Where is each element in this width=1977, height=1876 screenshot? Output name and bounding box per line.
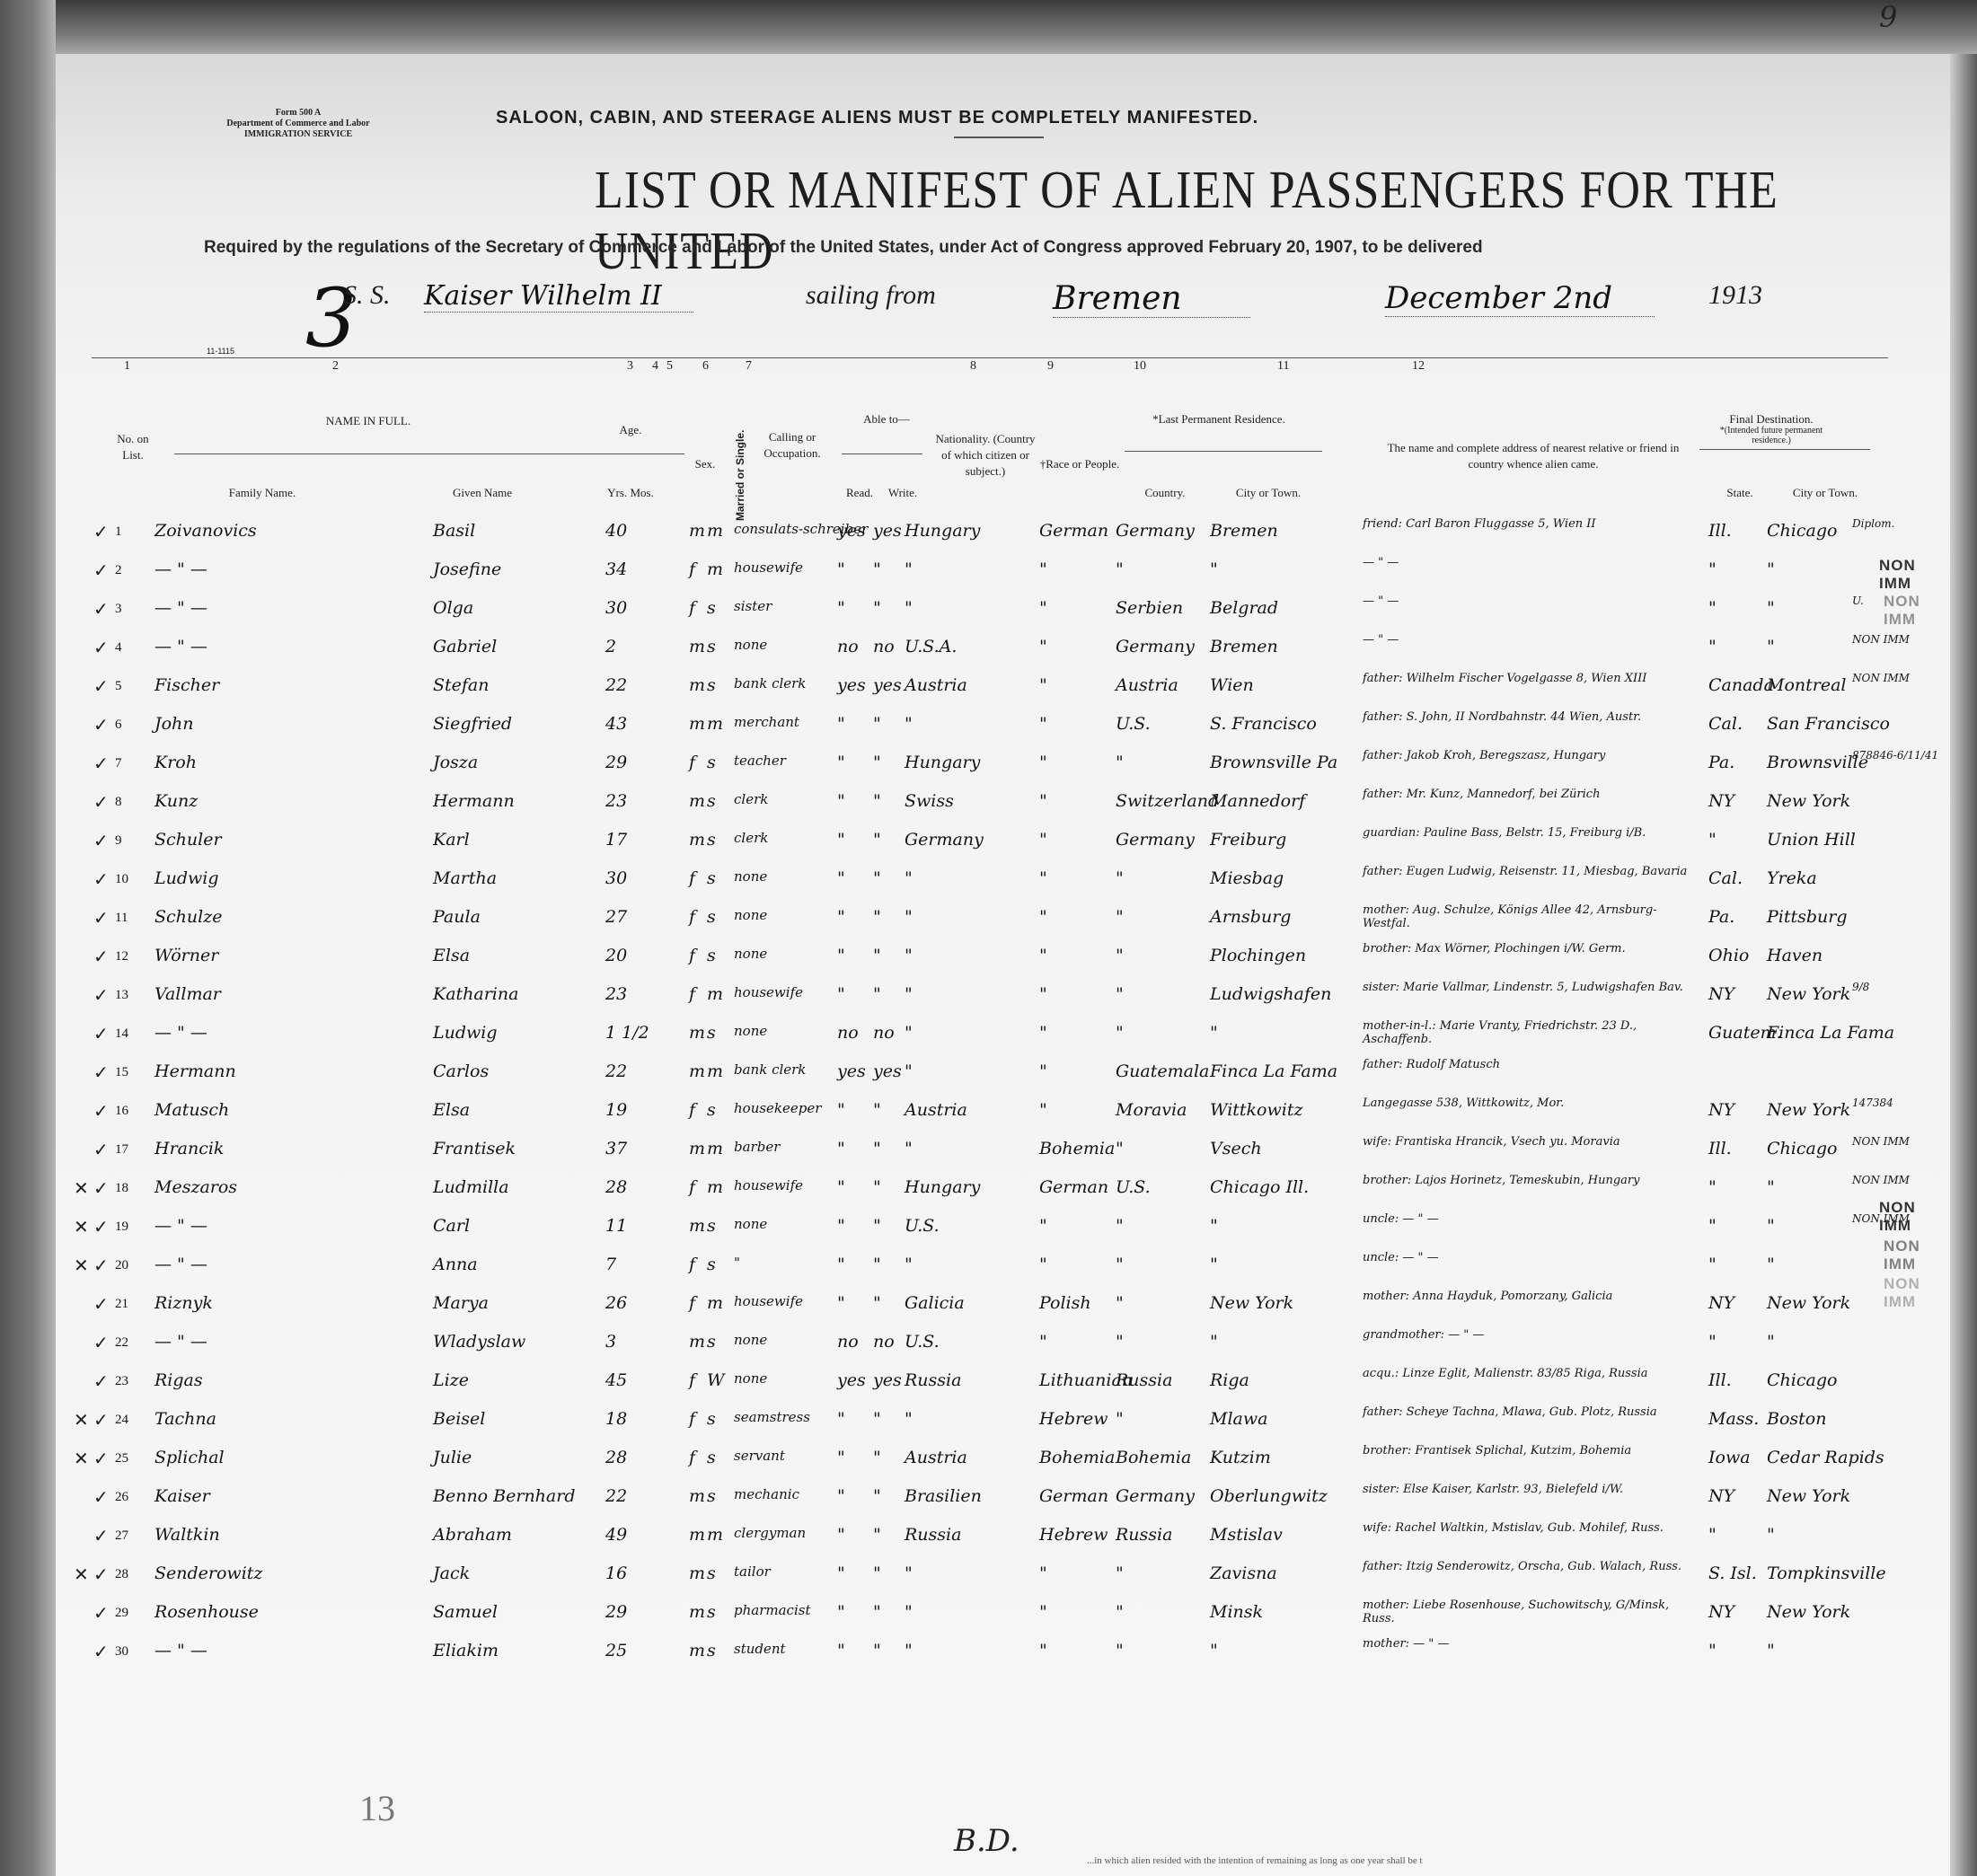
- given-name-cell: Gabriel: [433, 637, 497, 656]
- residence-country-cell: Austria: [1116, 675, 1178, 695]
- nationality-cell: Swiss: [905, 791, 954, 811]
- write-cell: no: [873, 1332, 895, 1352]
- destination-state-cell: ": [1708, 1525, 1717, 1545]
- table-row: ✓23RigasLize45fWnoneyesyesRussiaLithuani…: [56, 1370, 1951, 1409]
- corner-mark: 9: [1879, 0, 1897, 34]
- nationality-cell: Hungary: [905, 1177, 980, 1197]
- marital-status-cell: m: [707, 1293, 723, 1313]
- occupation-cell: clergyman: [734, 1525, 806, 1541]
- row-number: 14: [115, 1026, 128, 1042]
- nationality-cell: Hungary: [905, 521, 980, 541]
- occupation-cell: none: [734, 868, 767, 885]
- given-name-cell: Julie: [433, 1448, 472, 1467]
- family-name-cell: — " —: [154, 1216, 207, 1236]
- row-number: 27: [115, 1528, 128, 1544]
- sex-cell: m: [689, 1641, 705, 1660]
- destination-state-cell: ": [1708, 1332, 1717, 1352]
- destination-state-cell: Pa.: [1708, 753, 1734, 772]
- table-row: ✓5FischerStefan22msbank clerkyesyesAustr…: [56, 675, 1951, 714]
- age-cell: 29: [605, 753, 627, 772]
- cross-mark-icon: ✕: [74, 1216, 89, 1238]
- residence-country-cell: Russia: [1116, 1370, 1172, 1390]
- column-number-5: 5: [666, 359, 673, 374]
- marital-status-cell: s: [707, 598, 716, 618]
- read-cell: ": [837, 1486, 845, 1506]
- destination-city-cell: New York: [1767, 1100, 1850, 1120]
- marital-status-cell: s: [707, 1641, 716, 1660]
- nationality-cell: U.S.A.: [905, 637, 957, 656]
- column-number-8: 8: [970, 359, 976, 374]
- write-cell: ": [873, 946, 881, 965]
- nationality-cell: Austria: [905, 1448, 967, 1467]
- marital-status-cell: s: [707, 1602, 716, 1622]
- header-name-in-full: NAME IN FULL.: [287, 413, 449, 429]
- sex-cell: m: [689, 1061, 705, 1081]
- race-cell: Polish: [1039, 1293, 1091, 1313]
- nationality-cell: ": [905, 868, 913, 888]
- ship-name: Kaiser Wilhelm II: [424, 280, 693, 313]
- sex-cell: m: [689, 1216, 705, 1236]
- departure-date: December 2nd: [1385, 280, 1655, 317]
- residence-country-cell: Serbien: [1116, 598, 1183, 618]
- destination-state-cell: Mass.: [1708, 1409, 1759, 1429]
- relative-cell: uncle: — " —: [1363, 1251, 1695, 1264]
- checkmark-icon: ✓: [93, 753, 109, 775]
- header-last-residence: *Last Permanent Residence.: [1120, 411, 1318, 427]
- checkmark-icon: ✓: [93, 1563, 109, 1586]
- relative-cell: mother-in-l.: Marie Vranty, Friedrichstr…: [1363, 1019, 1695, 1046]
- row-number: 4: [115, 640, 122, 656]
- residence-city-cell: Vsech: [1210, 1139, 1262, 1158]
- residence-country-cell: ": [1116, 868, 1124, 888]
- relative-cell: friend: Carl Baron Fluggasse 5, Wien II: [1363, 517, 1695, 531]
- nationality-cell: ": [905, 1409, 913, 1429]
- sex-cell: m: [689, 1023, 705, 1043]
- checkmark-icon: ✓: [93, 1370, 109, 1393]
- race-cell: ": [1039, 598, 1047, 618]
- row-number: 19: [115, 1220, 128, 1235]
- checkmark-icon: ✓: [93, 1100, 109, 1123]
- occupation-cell: sister: [734, 598, 772, 614]
- row-number: 24: [115, 1413, 128, 1428]
- read-cell: ": [837, 907, 845, 927]
- write-cell: ": [873, 559, 881, 579]
- destination-state-cell: NY: [1708, 1486, 1734, 1506]
- age-cell: 16: [605, 1563, 627, 1583]
- relative-cell: mother: — " —: [1363, 1637, 1695, 1651]
- checkmark-icon: ✓: [93, 1216, 109, 1238]
- race-cell: ": [1039, 1563, 1047, 1583]
- marital-status-cell: s: [707, 675, 716, 695]
- given-name-cell: Basil: [433, 521, 475, 541]
- residence-country-cell: Guatemala: [1116, 1061, 1209, 1081]
- destination-city-cell: ": [1767, 1255, 1775, 1274]
- family-name-cell: Matusch: [154, 1100, 229, 1120]
- header-given-name: Given Name: [424, 485, 541, 501]
- marital-status-cell: m: [707, 521, 723, 541]
- residence-country-cell: Russia: [1116, 1525, 1172, 1545]
- header-city-or-town: City or Town.: [1223, 485, 1313, 501]
- residence-country-cell: Germany: [1116, 637, 1195, 656]
- given-name-cell: Stefan: [433, 675, 490, 695]
- read-cell: ": [837, 1177, 845, 1197]
- checkmark-icon: ✓: [93, 1602, 109, 1625]
- age-cell: 37: [605, 1139, 627, 1158]
- checkmark-icon: ✓: [93, 714, 109, 736]
- family-name-cell: — " —: [154, 559, 207, 579]
- relative-cell: father: Jakob Kroh, Beregszasz, Hungary: [1363, 749, 1695, 762]
- non-immigrant-stamp: NON IMM: [1884, 593, 1951, 629]
- nationality-cell: ": [905, 559, 913, 579]
- column-number-6: 6: [702, 359, 709, 374]
- age-cell: 28: [605, 1177, 627, 1197]
- form-number: Form 500 A: [199, 108, 397, 119]
- relative-cell: wife: Frantiska Hrancik, Vsech yu. Morav…: [1363, 1135, 1695, 1149]
- destination-city-cell: Haven: [1767, 946, 1823, 965]
- row-number: 10: [115, 872, 128, 887]
- row-number: 7: [115, 756, 122, 771]
- residence-country-cell: ": [1116, 946, 1124, 965]
- nationality-cell: ": [905, 1641, 913, 1660]
- margin-note-cell: NON IMM: [1852, 1174, 1910, 1187]
- cross-mark-icon: ✕: [74, 1563, 89, 1586]
- read-cell: ": [837, 1409, 845, 1429]
- age-cell: 11: [605, 1216, 627, 1236]
- non-immigrant-stamp: NON IMM: [1879, 557, 1951, 593]
- race-cell: Hebrew: [1039, 1409, 1108, 1429]
- write-cell: ": [873, 1255, 881, 1274]
- header-top-rule: [92, 357, 1888, 358]
- checkmark-icon: ✓: [93, 984, 109, 1007]
- occupation-cell: housewife: [734, 984, 803, 1000]
- family-name-cell: Schulze: [154, 907, 222, 927]
- checkmark-icon: ✓: [93, 830, 109, 852]
- occupation-cell: housekeeper: [734, 1100, 821, 1116]
- given-name-cell: Martha: [433, 868, 497, 888]
- age-cell: 26: [605, 1293, 627, 1313]
- age-cell: 34: [605, 559, 627, 579]
- given-name-cell: Paula: [433, 907, 481, 927]
- given-name-cell: Wladyslaw: [433, 1332, 525, 1352]
- write-cell: ": [873, 1216, 881, 1236]
- race-cell: ": [1039, 1023, 1047, 1043]
- header-state: State.: [1717, 485, 1762, 501]
- relative-cell: brother: Max Wörner, Plochingen i/W. Ger…: [1363, 942, 1695, 956]
- table-row: ✓8KunzHermann23msclerk""Swiss"Switzerlan…: [56, 791, 1951, 830]
- checkmark-icon: ✓: [93, 907, 109, 929]
- family-name-cell: Rigas: [154, 1370, 203, 1390]
- marital-status-cell: s: [707, 1448, 716, 1467]
- header-nearest-relative: The name and complete address of nearest…: [1372, 440, 1695, 472]
- sex-cell: m: [689, 1525, 705, 1545]
- marital-status-cell: s: [707, 907, 716, 927]
- residence-country-cell: ": [1116, 984, 1124, 1004]
- inspector-initials: B.D.: [954, 1823, 1019, 1859]
- age-cell: 29: [605, 1602, 627, 1622]
- table-row: ✓✕19— " —Carl11msnone""U.S."""uncle: — "…: [56, 1216, 1951, 1255]
- race-cell: Bohemia: [1039, 1448, 1115, 1467]
- checkmark-icon: ✓: [93, 1177, 109, 1200]
- department-name: Department of Commerce and Labor: [199, 119, 397, 129]
- family-name-cell: Fischer: [154, 675, 219, 695]
- row-number: 13: [115, 988, 128, 1003]
- nationality-cell: ": [905, 1139, 913, 1158]
- occupation-cell: clerk: [734, 830, 768, 846]
- table-row: ✓1ZoivanovicsBasil40mmconsulats-schreibe…: [56, 521, 1951, 559]
- relative-cell: acqu.: Linze Eglit, Malienstr. 83/85 Rig…: [1363, 1367, 1695, 1380]
- header-race: †Race or People.: [1030, 456, 1129, 472]
- manifest-banner: SALOON, CABIN, AND STEERAGE ALIENS MUST …: [496, 108, 1258, 128]
- race-cell: ": [1039, 1641, 1047, 1660]
- row-number: 12: [115, 949, 128, 964]
- residence-city-cell: S. Francisco: [1210, 714, 1317, 734]
- age-cell: 30: [605, 868, 627, 888]
- destination-city-cell: New York: [1767, 1293, 1850, 1313]
- destination-city-cell: ": [1767, 1216, 1775, 1236]
- relative-cell: father: Rudolf Matusch: [1363, 1058, 1695, 1071]
- column-number-1: 1: [124, 359, 130, 374]
- header-nationality: Nationality. (Country of which citizen o…: [931, 431, 1039, 480]
- race-cell: German: [1039, 521, 1108, 541]
- checkmark-icon: ✓: [93, 675, 109, 698]
- checkmark-icon: ✓: [93, 598, 109, 621]
- destination-rule: [1699, 449, 1870, 450]
- read-cell: ": [837, 1602, 845, 1622]
- marital-status-cell: s: [707, 946, 716, 965]
- marital-status-cell: s: [707, 1563, 716, 1583]
- nationality-cell: ": [905, 598, 913, 618]
- table-row: ✓3— " —Olga30fssister""""SerbienBelgrad—…: [56, 598, 1951, 637]
- destination-state-cell: ": [1708, 1216, 1717, 1236]
- nationality-cell: ": [905, 1061, 913, 1081]
- write-cell: ": [873, 1641, 881, 1660]
- nationality-cell: U.S.: [905, 1216, 940, 1236]
- scan-left-edge: [0, 0, 56, 1876]
- occupation-cell: servant: [734, 1448, 785, 1464]
- nationality-cell: ": [905, 984, 913, 1004]
- age-cell: 22: [605, 1061, 627, 1081]
- destination-state-cell: Ohio: [1708, 946, 1749, 965]
- form-identifier: Form 500 A Department of Commerce and La…: [199, 108, 397, 140]
- destination-state-cell: Cal.: [1708, 868, 1743, 888]
- checkmark-icon: ✓: [93, 946, 109, 968]
- header-age: Age.: [595, 422, 666, 438]
- occupation-cell: mechanic: [734, 1486, 799, 1502]
- write-cell: ": [873, 1563, 881, 1583]
- destination-city-cell: Yreka: [1767, 868, 1817, 888]
- age-cell: 28: [605, 1448, 627, 1467]
- row-number: 8: [115, 795, 122, 810]
- row-number: 26: [115, 1490, 128, 1505]
- form-code: 11-1115: [207, 347, 234, 356]
- row-number: 18: [115, 1181, 128, 1196]
- destination-state-cell: ": [1708, 637, 1717, 656]
- manifest-sheet: Form 500 A Department of Commerce and La…: [56, 54, 1951, 1876]
- row-number: 29: [115, 1606, 128, 1621]
- occupation-cell: seamstress: [734, 1409, 810, 1425]
- family-name-cell: Kunz: [154, 791, 198, 811]
- destination-state-cell: Pa.: [1708, 907, 1734, 927]
- given-name-cell: Ludmilla: [433, 1177, 509, 1197]
- write-cell: ": [873, 753, 881, 772]
- table-row: ✓9SchulerKarl17msclerk""Germany"GermanyF…: [56, 830, 1951, 868]
- page-subtitle: Required by the regulations of the Secre…: [204, 238, 1483, 258]
- row-number: 21: [115, 1297, 128, 1312]
- residence-city-cell: Wittkowitz: [1210, 1100, 1302, 1120]
- race-cell: ": [1039, 637, 1047, 656]
- read-cell: yes: [837, 1370, 866, 1390]
- write-cell: ": [873, 714, 881, 734]
- residence-city-cell: ": [1210, 1216, 1218, 1236]
- residence-country-cell: ": [1116, 1139, 1124, 1158]
- residence-city-cell: Zavisna: [1210, 1563, 1277, 1583]
- table-row: ✓22— " —Wladyslaw3msnonenonoU.S."""grand…: [56, 1332, 1951, 1370]
- residence-country-cell: ": [1116, 1216, 1124, 1236]
- read-cell: ": [837, 1216, 845, 1236]
- age-cell: 40: [605, 521, 627, 541]
- occupation-cell: teacher: [734, 753, 786, 769]
- given-name-cell: Ludwig: [433, 1023, 498, 1043]
- write-cell: ": [873, 1448, 881, 1467]
- read-cell: ": [837, 1525, 845, 1545]
- margin-note-cell: NON IMM: [1852, 672, 1910, 685]
- age-cell: 45: [605, 1370, 627, 1390]
- table-row: ✓6JohnSiegfried43mmmerchant""""U.S.S. Fr…: [56, 714, 1951, 753]
- destination-city-cell: ": [1767, 637, 1775, 656]
- row-number: 17: [115, 1142, 128, 1158]
- age-cell: 7: [605, 1255, 616, 1274]
- destination-state-cell: Iowa: [1708, 1448, 1751, 1467]
- destination-state-cell: Cal.: [1708, 714, 1743, 734]
- age-cell: 2: [605, 637, 616, 656]
- write-cell: yes: [873, 675, 902, 695]
- table-row: ✓17HrancikFrantisek37mmbarber"""Bohemia"…: [56, 1139, 1951, 1177]
- occupation-cell: pharmacist: [734, 1602, 810, 1618]
- given-name-cell: Marya: [433, 1293, 489, 1313]
- read-cell: ": [837, 1255, 845, 1274]
- column-number-7: 7: [746, 359, 752, 374]
- destination-city-cell: Chicago: [1767, 521, 1837, 541]
- destination-state-cell: NY: [1708, 1100, 1734, 1120]
- non-immigrant-stamp: NON IMM: [1884, 1237, 1951, 1273]
- family-name-cell: — " —: [154, 1641, 207, 1660]
- given-name-cell: Siegfried: [433, 714, 512, 734]
- residence-city-cell: Chicago Ill.: [1210, 1177, 1309, 1197]
- read-cell: ": [837, 830, 845, 850]
- write-cell: ": [873, 1602, 881, 1622]
- age-cell: 27: [605, 907, 627, 927]
- residence-city-cell: New York: [1210, 1293, 1293, 1313]
- marital-status-cell: s: [707, 753, 716, 772]
- family-name-cell: Kroh: [154, 753, 197, 772]
- sex-cell: f: [689, 1370, 695, 1390]
- write-cell: yes: [873, 1061, 902, 1081]
- family-name-cell: Hrancik: [154, 1139, 224, 1158]
- non-immigrant-stamp: NON IMM: [1879, 1199, 1951, 1235]
- occupation-cell: none: [734, 637, 767, 653]
- residence-country-cell: U.S.: [1116, 1177, 1151, 1197]
- destination-state-cell: S. Isl.: [1708, 1563, 1757, 1583]
- occupation-cell: none: [734, 1370, 767, 1387]
- race-cell: ": [1039, 1332, 1047, 1352]
- row-number: 1: [115, 524, 122, 540]
- nationality-cell: U.S.: [905, 1332, 940, 1352]
- write-cell: ": [873, 1139, 881, 1158]
- race-cell: ": [1039, 1602, 1047, 1622]
- relative-cell: brother: Lajos Horinetz, Temeskubin, Hun…: [1363, 1174, 1695, 1187]
- destination-state-cell: NY: [1708, 984, 1734, 1004]
- race-cell: ": [1039, 1061, 1047, 1081]
- read-cell: ": [837, 1139, 845, 1158]
- residence-city-cell: Riga: [1210, 1370, 1249, 1390]
- write-cell: ": [873, 1100, 881, 1120]
- row-number: 23: [115, 1374, 128, 1389]
- relative-cell: father: Scheye Tachna, Mlawa, Gub. Plotz…: [1363, 1405, 1695, 1419]
- table-row: ✓7KrohJosza29fsteacher""Hungary""Brownsv…: [56, 753, 1951, 791]
- nationality-cell: ": [905, 1023, 913, 1043]
- destination-state-cell: ": [1708, 1255, 1717, 1274]
- table-row: ✓26KaiserBenno Bernhard22msmechanic""Bra…: [56, 1486, 1951, 1525]
- given-name-cell: Abraham: [433, 1525, 512, 1545]
- row-number: 3: [115, 602, 122, 617]
- destination-state-cell: ": [1708, 1641, 1717, 1660]
- sex-cell: m: [689, 830, 705, 850]
- relative-cell: mother: Aug. Schulze, Königs Allee 42, A…: [1363, 903, 1695, 930]
- age-cell: 25: [605, 1641, 627, 1660]
- residence-city-cell: Oberlungwitz: [1210, 1486, 1328, 1506]
- occupation-cell: barber: [734, 1139, 780, 1155]
- residence-city-cell: Miesbag: [1210, 868, 1284, 888]
- given-name-cell: Benno Bernhard: [433, 1486, 576, 1506]
- checkmark-icon: ✓: [93, 1255, 109, 1277]
- read-cell: ": [837, 753, 845, 772]
- destination-city-cell: New York: [1767, 1602, 1850, 1622]
- destination-city-cell: Montreal: [1767, 675, 1847, 695]
- checkmark-icon: ✓: [93, 868, 109, 891]
- cross-mark-icon: ✕: [74, 1177, 89, 1200]
- column-number-10: 10: [1134, 359, 1146, 374]
- age-cell: 19: [605, 1100, 627, 1120]
- checkmark-icon: ✓: [93, 1293, 109, 1316]
- residence-country-cell: ": [1116, 1563, 1124, 1583]
- marital-status-cell: m: [707, 984, 723, 1004]
- table-row: ✓10LudwigMartha30fsnone"""""Miesbagfathe…: [56, 868, 1951, 907]
- marital-status-cell: s: [707, 637, 716, 656]
- residence-country-cell: ": [1116, 1255, 1124, 1274]
- checkmark-icon: ✓: [93, 1486, 109, 1509]
- row-number: 6: [115, 718, 122, 733]
- destination-city-cell: ": [1767, 559, 1775, 579]
- sex-cell: m: [689, 675, 705, 695]
- checkmark-icon: ✓: [93, 1409, 109, 1431]
- sex-cell: m: [689, 1602, 705, 1622]
- checkmark-icon: ✓: [93, 1448, 109, 1470]
- read-cell: ": [837, 1563, 845, 1583]
- header-final-destination-note: *(Intended future permanent residence.): [1708, 426, 1834, 445]
- residence-country-cell: ": [1116, 1602, 1124, 1622]
- occupation-cell: none: [734, 907, 767, 923]
- nationality-cell: ": [905, 946, 913, 965]
- write-cell: ": [873, 1525, 881, 1545]
- relative-cell: — " —: [1363, 556, 1695, 569]
- destination-state-cell: ": [1708, 830, 1717, 850]
- age-cell: 3: [605, 1332, 616, 1352]
- table-row: ✓21RiznykMarya26fmhousewife""GaliciaPoli…: [56, 1293, 1951, 1332]
- destination-state-cell: NY: [1708, 1293, 1734, 1313]
- race-cell: Bohemia: [1039, 1139, 1115, 1158]
- marital-status-cell: m: [707, 559, 723, 579]
- destination-city-cell: New York: [1767, 1486, 1850, 1506]
